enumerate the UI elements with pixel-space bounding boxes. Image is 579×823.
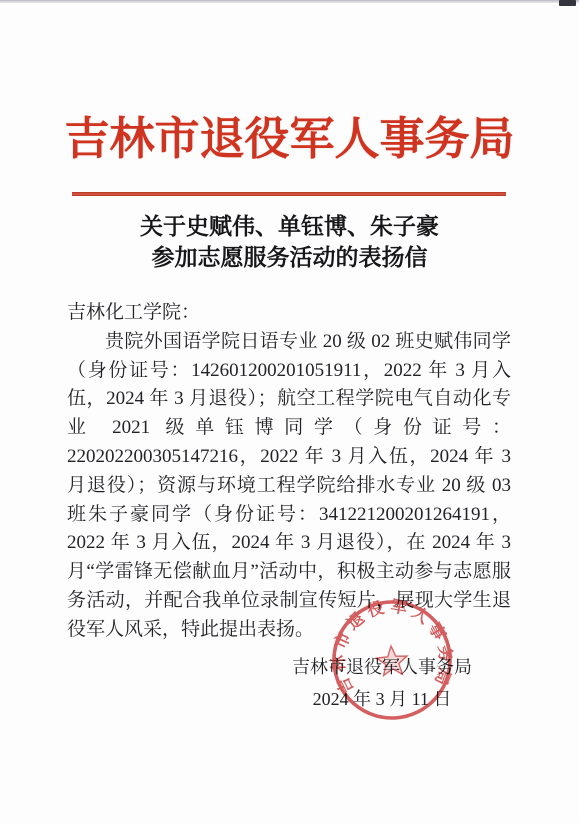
- subject-heading: 关于史赋伟、单钰博、朱子豪 参加志愿服务活动的表扬信: [0, 211, 579, 273]
- scan-corner-artifact: [559, 0, 576, 6]
- salutation: 吉林化工学院：: [67, 299, 511, 328]
- official-seal: 吉林市退役军人事务局: [325, 593, 459, 727]
- star-icon: [376, 645, 408, 676]
- letterhead-rule: [72, 192, 506, 196]
- subject-line-1: 关于史赋伟、单钰博、朱子豪: [0, 211, 579, 242]
- letterhead-title: 吉林市退役军人事务局: [0, 104, 579, 174]
- letter-page: 吉林市退役军人事务局 关于史赋伟、单钰博、朱子豪 参加志愿服务活动的表扬信 吉林…: [0, 0, 579, 823]
- scan-top-edge: [0, 0, 579, 3]
- subject-line-2: 参加志愿服务活动的表扬信: [0, 242, 579, 273]
